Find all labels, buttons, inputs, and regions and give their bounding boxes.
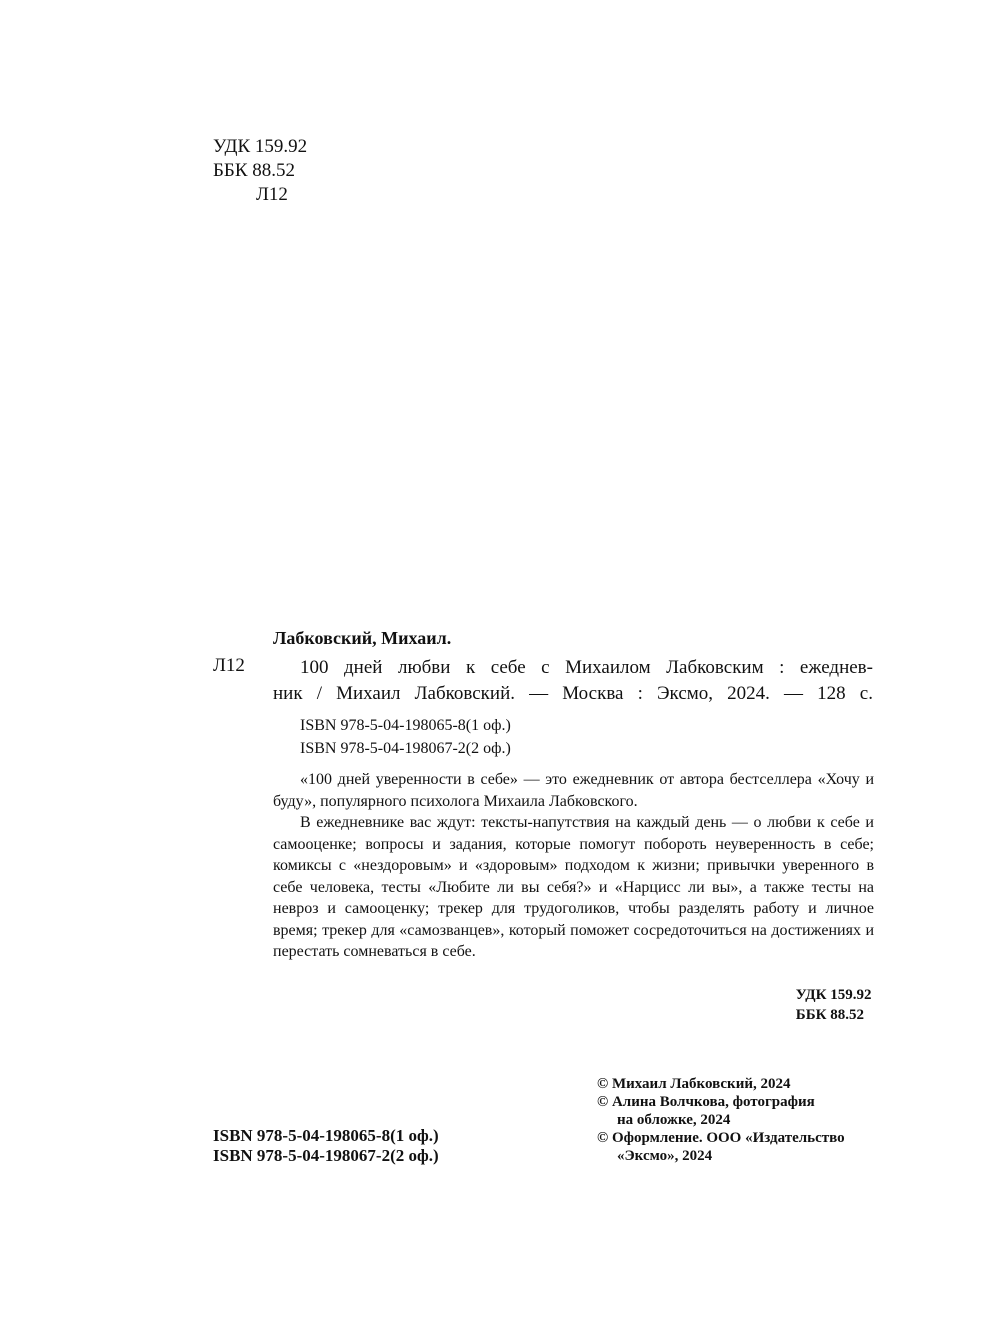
- copyright-line: на обложке, 2024: [597, 1111, 845, 1129]
- copyright-line: «Эксмо», 2024: [597, 1147, 845, 1165]
- record-author-mark: Л12: [213, 655, 245, 677]
- bbk-code-bottom: ББК 88.52: [796, 1005, 874, 1025]
- copyright-block: © Михаил Лабковский, 2024 © Алина Волчко…: [597, 1075, 845, 1165]
- header-classification-codes: УДК 159.92 ББК 88.52 Л12: [213, 135, 307, 207]
- isbn-bottom-2: ISBN 978-5-04-198067-2(2 оф.): [213, 1146, 439, 1166]
- annotation-paragraph-1: «100 дней уверенности в себе» — это ежед…: [273, 769, 874, 812]
- copyright-line: © Оформление. ООО «Издательство: [597, 1129, 845, 1147]
- udk-code: УДК 159.92: [213, 135, 307, 159]
- copyright-line: © Алина Волчкова, фотография: [597, 1093, 845, 1111]
- isbn-bottom: ISBN 978-5-04-198065-8(1 оф.) ISBN 978-5…: [213, 1126, 439, 1166]
- author-name: Лабковский, Михаил.: [273, 628, 451, 649]
- bibliographic-description: 100 дней любви к себе с Михаилом Лабковс…: [273, 655, 873, 707]
- annotation-paragraph-2: В ежедневнике вас ждут: тексты-напутстви…: [273, 812, 874, 963]
- bbk-code: ББК 88.52: [213, 159, 307, 183]
- isbn-list: ISBN 978-5-04-198065-8(1 оф.) ISBN 978-5…: [300, 714, 511, 760]
- author-mark: Л12: [213, 183, 307, 207]
- isbn-1: ISBN 978-5-04-198065-8(1 оф.): [300, 714, 511, 737]
- annotation: «100 дней уверенности в себе» — это ежед…: [273, 769, 874, 963]
- isbn-bottom-1: ISBN 978-5-04-198065-8(1 оф.): [213, 1126, 439, 1146]
- bib-line-2: ник / Михаил Лабковский. — Москва : Эксм…: [273, 681, 873, 707]
- classification-codes: УДК 159.92 ББК 88.52: [796, 985, 874, 1025]
- bib-line-1: 100 дней любви к себе с Михаилом Лабковс…: [273, 655, 873, 681]
- isbn-2: ISBN 978-5-04-198067-2(2 оф.): [300, 737, 511, 760]
- udk-code-bottom: УДК 159.92: [796, 985, 874, 1005]
- copyright-line: © Михаил Лабковский, 2024: [597, 1075, 845, 1093]
